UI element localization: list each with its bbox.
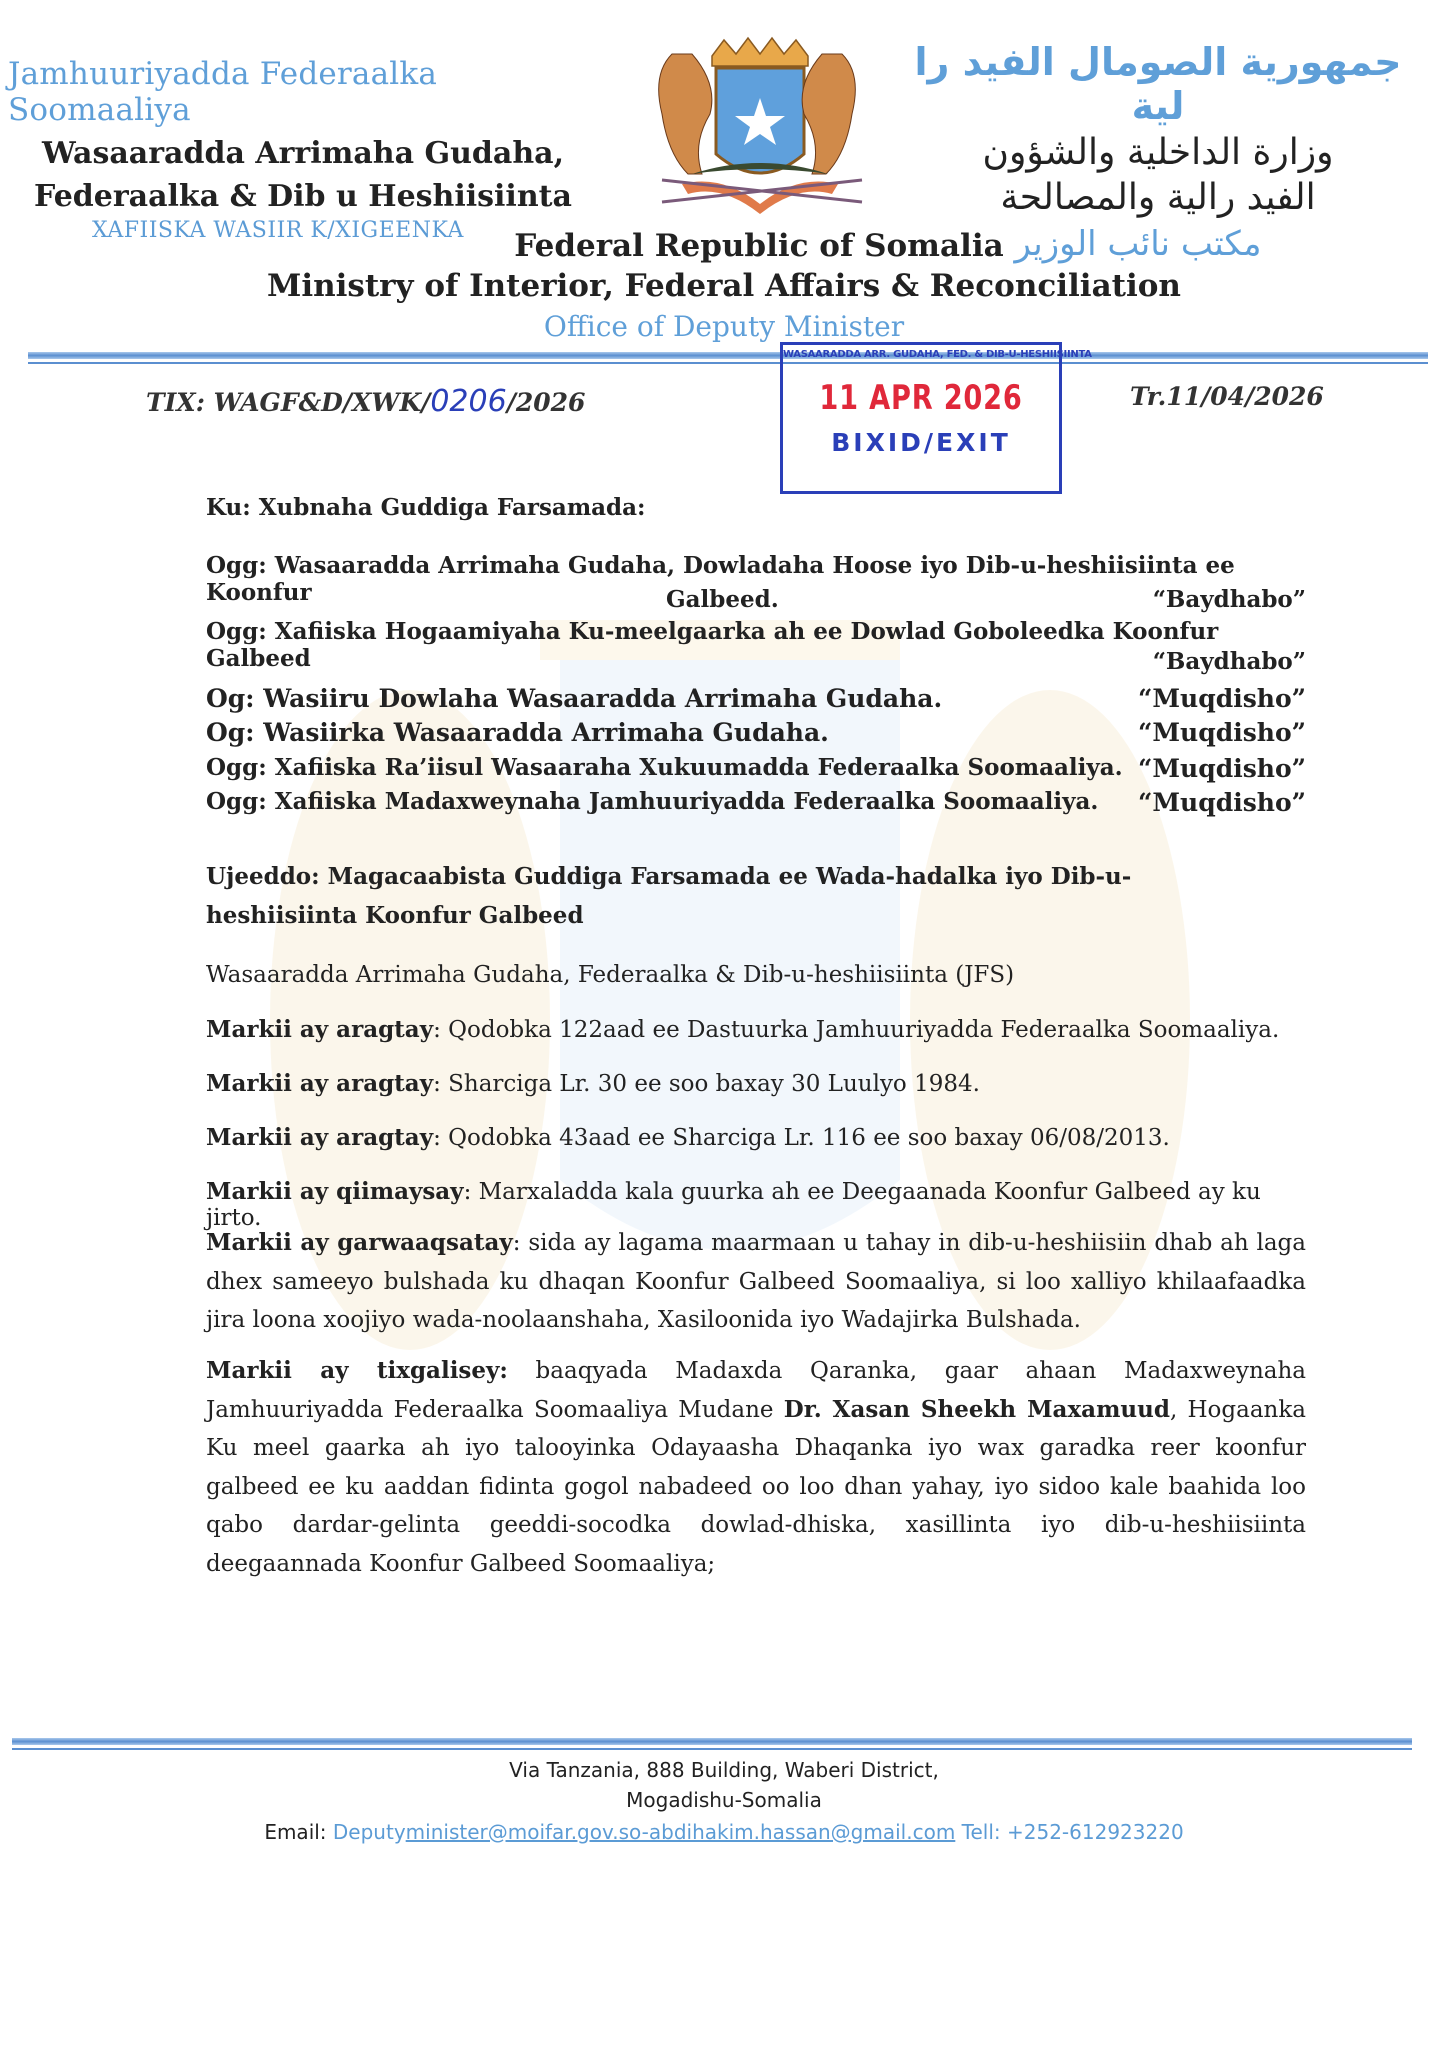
- ministry-name-arabic-line2: الفيد رالية والمصالحة: [898, 177, 1418, 218]
- copy-city: “Muqdisho”: [1138, 684, 1306, 713]
- consideration-text: , Hogaanka Ku meel gaarka ah iyo talooyi…: [206, 1397, 1306, 1577]
- copy-text: Xafiiska Ra’iisul Wasaaraha Xukuumadda F…: [275, 754, 1123, 781]
- preamble-item: Markii ay aragtay: Qodobka 122aad ee Das…: [206, 1016, 1306, 1043]
- consideration-label: Markii ay tixgalisey:: [206, 1357, 508, 1384]
- copy-city: “Muqdisho”: [1138, 788, 1306, 817]
- preamble-item: Markii ay garwaaqsatay: sida ay lagama m…: [206, 1224, 1306, 1340]
- copy-prefix: Ogg:: [206, 552, 267, 579]
- copy-text: Wasiirka Wasaaradda Arrimaha Gudaha.: [263, 718, 829, 747]
- preamble-label: Markii ay garwaaqsatay: [206, 1229, 513, 1256]
- reference-suffix: /2026: [507, 388, 586, 417]
- preamble-text: : Qodobka 43aad ee Sharciga Lr. 116 ee s…: [433, 1125, 1170, 1151]
- copy-recipient: Ogg: Xafiiska Madaxweynaha Jamhuuriyadda…: [206, 788, 1306, 815]
- reference-number: TIX: WAGF&D/XWK/0206/2026: [146, 384, 585, 419]
- copy-text: Xafiiska Hogaamiyaha Ku-meelgaarka ah ee…: [206, 618, 1218, 672]
- header-divider-thin: [28, 362, 1428, 364]
- handwritten-number: 0206: [430, 384, 506, 419]
- exit-stamp: WASAARADDA ARR. GUDAHA, FED. & DIB-U-HES…: [780, 342, 1062, 494]
- stamp-date: 11 APR 2026: [811, 378, 1032, 418]
- header-divider: [28, 352, 1428, 359]
- office-name-english: Office of Deputy Minister: [0, 310, 1448, 343]
- stamp-label: BIXID/EXIT: [783, 428, 1059, 457]
- reference-prefix: TIX: WAGF&D/XWK/: [146, 388, 430, 417]
- preamble-text: : Sharciga Lr. 30 ee soo baxay 30 Luulyo…: [433, 1071, 980, 1097]
- copy-recipient: Ogg: Xafiiska Ra’iisul Wasaaraha Xukuuma…: [206, 754, 1306, 781]
- copy-city: “Muqdisho”: [1138, 718, 1306, 747]
- copy-prefix: Og:: [206, 684, 255, 713]
- letter-date: Tr.11/04/2026: [1130, 382, 1324, 411]
- preamble-label: Markii ay aragtay: [206, 1124, 433, 1151]
- footer-divider-thin: [12, 1748, 1412, 1750]
- footer-divider: [12, 1738, 1412, 1745]
- email-label: Email:: [264, 1820, 333, 1844]
- copy-prefix: Og:: [206, 718, 255, 747]
- copy-city: “Baydhabo”: [1153, 586, 1306, 613]
- issuer: Wasaaradda Arrimaha Gudaha, Federaalka &…: [206, 962, 1306, 988]
- subject: Ujeeddo: Magacaabista Guddiga Farsamada …: [206, 858, 1246, 935]
- addressee: Ku: Xubnaha Guddiga Farsamada:: [206, 494, 1306, 521]
- copy-text-cont: Galbeed.: [666, 586, 779, 613]
- footer-address-line2: Mogadishu-Somalia: [0, 1788, 1448, 1812]
- consideration-paragraph: Markii ay tixgalisey: baaqyada Madaxda Q…: [206, 1352, 1306, 1583]
- preamble-item: Markii ay aragtay: Qodobka 43aad ee Shar…: [206, 1124, 1306, 1151]
- copy-recipient: Og: Wasiiru Dowlaha Wasaaradda Arrimaha …: [206, 684, 1306, 713]
- stamp-header: WASAARADDA ARR. GUDAHA, FED. & DIB-U-HES…: [783, 349, 1059, 360]
- copy-recipient: Og: Wasiirka Wasaaradda Arrimaha Gudaha.…: [206, 718, 1306, 747]
- republic-name-somali: Jamhuuriyadda Federaalka Soomaaliya: [8, 56, 628, 128]
- copy-text: Wasiiru Dowlaha Wasaaradda Arrimaha Guda…: [263, 684, 942, 713]
- ministry-name-arabic-line1: وزارة الداخلية والشؤون: [898, 132, 1418, 173]
- preamble-text: : Qodobka 122aad ee Dastuurka Jamhuuriya…: [433, 1017, 1279, 1043]
- ministry-name-somali-line1: Wasaaradda Arrimaha Gudaha,: [0, 136, 628, 171]
- copy-recipient: Ogg: Xafiiska Hogaamiyaha Ku-meelgaarka …: [206, 618, 1306, 672]
- subject-label: Ujeeddo:: [206, 863, 320, 890]
- email-address: minister@moifar.gov.so-abdihakim.hassan@…: [406, 1820, 956, 1844]
- coat-of-arms-icon: [632, 34, 882, 224]
- footer-contact: Email: Deputyminister@moifar.gov.so-abdi…: [0, 1820, 1448, 1844]
- letterhead-somali: Jamhuuriyadda Federaalka Soomaaliya Wasa…: [8, 56, 628, 214]
- email-prefix: Deputy: [333, 1820, 406, 1844]
- copy-prefix: Ogg:: [206, 618, 267, 645]
- ministry-name-somali-line2: Federaalka & Dib u Heshiisiinta: [0, 179, 628, 214]
- ministry-name-english: Ministry of Interior, Federal Affairs & …: [0, 268, 1448, 304]
- preamble-label: Markii ay qiimaysay: [206, 1178, 464, 1205]
- footer-address-line1: Via Tanzania, 888 Building, Waberi Distr…: [0, 1758, 1448, 1782]
- email-link[interactable]: Deputyminister@moifar.gov.so-abdihakim.h…: [333, 1820, 955, 1844]
- republic-name-arabic: جمهورية الصومال الفيد را لية: [898, 40, 1418, 128]
- preamble-label: Markii ay aragtay: [206, 1070, 433, 1097]
- republic-name-english: Federal Republic of Somalia: [0, 228, 1448, 264]
- copy-prefix: Ogg:: [206, 754, 267, 781]
- copy-text: Xafiiska Madaxweynaha Jamhuuriyadda Fede…: [275, 788, 1099, 815]
- copy-prefix: Ogg:: [206, 788, 267, 815]
- preamble-label: Markii ay aragtay: [206, 1016, 433, 1043]
- president-name: Dr. Xasan Sheekh Maxamuud: [784, 1396, 1170, 1423]
- preamble-item: Markii ay aragtay: Sharciga Lr. 30 ee so…: [206, 1070, 1306, 1097]
- copy-city: “Muqdisho”: [1138, 754, 1306, 783]
- subject-text: Magacaabista Guddiga Farsamada ee Wada-h…: [206, 863, 1131, 929]
- copy-city: “Baydhabo”: [1153, 648, 1306, 675]
- phone-number: Tell: +252-612923220: [955, 1820, 1183, 1844]
